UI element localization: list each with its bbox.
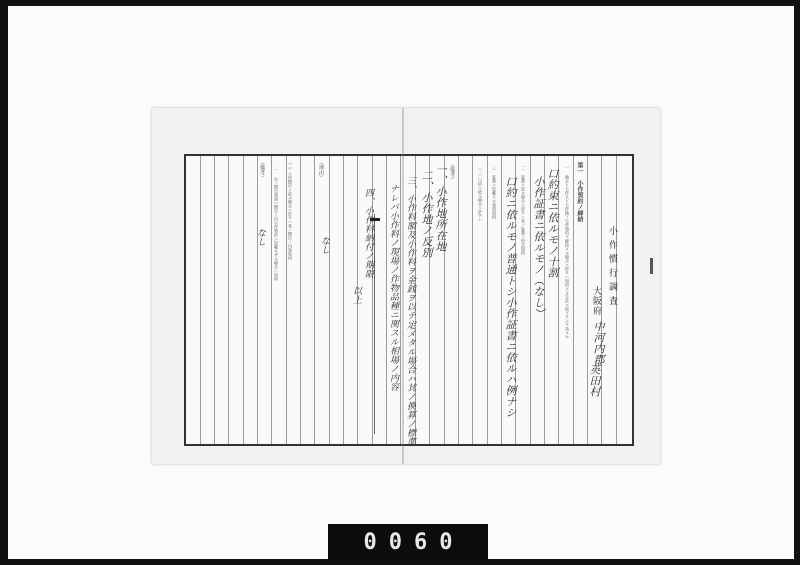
remarks-handwritten: なし bbox=[254, 228, 267, 246]
rule-line bbox=[329, 156, 330, 444]
ruled-form-frame: 第一 小作契約ノ締結 一 地主ト小作人ト小作地ノ小作契約ヲ締結スル場合ニ於テハ如… bbox=[184, 154, 634, 446]
rule-line bbox=[243, 156, 244, 444]
document-page-spread: 第一 小作契約ノ締結 一 地主ト小作人ト小作地ノ小作契約ヲ締結スル場合ニ於テハ如… bbox=[152, 108, 660, 464]
question-3-sub2: （二）小作慣行ニ依ル場合ニ於テハ其ノ慣行ノ内容如何 bbox=[287, 160, 293, 260]
frame-number: 0060 bbox=[352, 530, 465, 555]
village: 英田村 bbox=[586, 364, 602, 397]
rule-line bbox=[573, 156, 574, 444]
reason-label: （理由） bbox=[318, 160, 325, 180]
question-3-sub1: （一）口約ニ依ル場合ニ於テハ bbox=[477, 166, 483, 222]
rule-line bbox=[400, 156, 401, 444]
remarks-label-left: （備考） bbox=[259, 160, 266, 180]
rule-line bbox=[343, 156, 344, 444]
handwritten-item-4: 四、小作料納付ノ期限 bbox=[362, 188, 375, 278]
page-edge-mark bbox=[650, 258, 653, 274]
handwritten-item-1: 一、小作地所在地 bbox=[432, 164, 448, 252]
rule-line bbox=[200, 156, 201, 444]
question-3-sub2-item: 一 右ノ慣行事項ハ慣行ノ内小作契約ニ記載セザル場合ハ如何 bbox=[273, 168, 279, 281]
rule-line bbox=[314, 156, 315, 444]
rule-line bbox=[587, 156, 588, 444]
question-2: 二 証書ニ依ル場合ニ於テハ其ノ証書ノ形式如何 bbox=[520, 166, 526, 436]
answer-1b-handwritten: 小作証書ニ依ルモノ（なし） bbox=[530, 176, 546, 319]
answer-2-handwritten: 口約ニ依ルモノ普通トシ小作証書ニ依ルハ例ナシ bbox=[502, 176, 518, 418]
section-heading: 第一 小作契約ノ締結 bbox=[575, 162, 584, 222]
rule-line bbox=[257, 156, 258, 444]
handwritten-item-3: 三、小作料額及小作料ヲ金銭ヲ以テ定メタル場合ハ其ノ換算ノ標準 bbox=[404, 176, 417, 451]
microfilm-frame: 第一 小作契約ノ締結 一 地主ト小作人ト小作地ノ小作契約ヲ締結スル場合ニ於テハ如… bbox=[8, 6, 794, 559]
question-1: 一 地主ト小作人ト小作地ノ小作契約ヲ締結スル場合ニ於テハ如何ナル方法ニ依リテ之ヲ… bbox=[564, 166, 570, 436]
rule-line bbox=[214, 156, 215, 444]
ending-mark: 以上 bbox=[350, 286, 363, 304]
frame-counter: 0060 bbox=[328, 524, 488, 560]
question-3: 三 証書ニ記載スル事項如何 bbox=[491, 166, 497, 219]
reason-handwritten: なし bbox=[318, 236, 331, 254]
rule-line bbox=[458, 156, 459, 444]
rule-line bbox=[271, 156, 272, 444]
handwritten-item-2: 二、小作地ノ反別 bbox=[418, 170, 434, 258]
handwritten-item-3-cont: ナレバ小作料ノ現場ノ作物品種ニ関スル相場ノ内容 bbox=[387, 184, 400, 391]
remarks-label-right: （備考） bbox=[449, 162, 456, 182]
rule-line bbox=[228, 156, 229, 444]
rule-line bbox=[472, 156, 473, 444]
document-title: 小作慣行調査 bbox=[606, 226, 619, 310]
prefecture: 大阪府 bbox=[590, 286, 603, 316]
district: 中河内郡 bbox=[590, 321, 606, 365]
answer-1-handwritten: 口約束ニ依ルモノ十割 bbox=[544, 168, 560, 278]
rule-line bbox=[487, 156, 488, 444]
rule-line bbox=[300, 156, 301, 444]
